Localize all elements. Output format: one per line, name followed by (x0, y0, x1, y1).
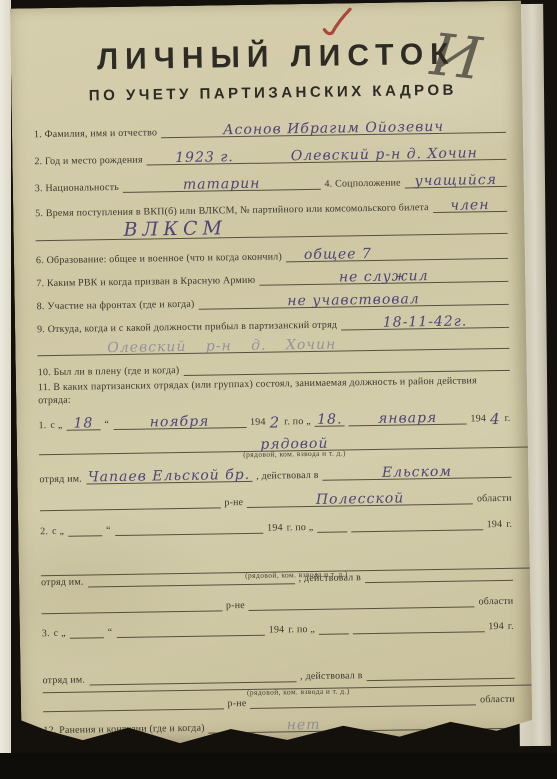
entry3-oblast-label: области (480, 694, 515, 706)
field-nationality-social: 3. Национальность татарин 4. Соцположени… (35, 170, 507, 194)
field-arrival: 9. Откуда, когда и с какой должности при… (37, 311, 509, 335)
entry1-month-from-line: ноября (113, 411, 246, 430)
entry2-month-to-line (351, 513, 483, 532)
entry1-194-from: 194 (250, 417, 266, 428)
field-rvk-label: 7. Каким РВК и когда призван в Красную А… (36, 275, 255, 289)
field-nationality-label: 3. Национальность (35, 182, 119, 194)
entry1-region: Полесской (316, 491, 405, 506)
field-party-value2: ВЛКСМ (123, 219, 227, 240)
entry3-rne-label: р-не (227, 698, 246, 709)
entry2-acted-line (365, 564, 513, 583)
field-education: 6. Образование: общее и военное (что и к… (36, 242, 508, 266)
entry2-194-to: 194 (487, 519, 503, 530)
field-birth: 2. Год и место рождения 1923 г. Олевский… (34, 143, 506, 167)
field-arrival-value2: Олевский р-н д. Хочин (107, 338, 336, 356)
entry2-s-quote: с „ (52, 526, 64, 537)
entry2-oblast-label: области (478, 596, 513, 608)
entry1-rank-row: рядовой (рядовой, ком. взвода и т. д.) (39, 430, 550, 455)
field-fronts-label: 8. Участие на фронтах (где и когда) (37, 299, 195, 312)
entry1-day-from: 18 (73, 416, 93, 430)
field-birth-year: 1923 г. (175, 150, 234, 165)
entry2-unit-line (87, 567, 294, 587)
field-captivity-line (183, 354, 510, 376)
entry3-g-po: г. по „ (288, 624, 315, 635)
entry2-region-row: р-не области (41, 590, 513, 614)
field-fronts-line: не учавствовал (198, 288, 508, 310)
entry1-acted-label: , действовал в (256, 470, 319, 482)
field-rvk-line: не служил (259, 265, 508, 286)
entry1-num: 1. (38, 420, 46, 431)
entry3-194-from: 194 (269, 624, 285, 635)
entry1-region-row: р-не Полесской области (40, 487, 512, 511)
entry3-month-from-line (116, 619, 265, 638)
entry1-unit-line: Чапаев Ельской бр. (86, 465, 252, 485)
field-wounds-value: нет (287, 718, 321, 733)
field-wounds-label: 12. Ранения и контузии (где и когда) (43, 723, 205, 737)
field-surname-line: Асонов Ибрагим Ойозевич (161, 116, 506, 138)
entry2-district-line (41, 594, 222, 614)
field-surname: 1. Фамилия, имя и отчество Асонов Ибраги… (34, 116, 506, 140)
field-education-label: 6. Образование: общее и военное (что и к… (36, 251, 282, 266)
entry1-day-to-line: 18. (315, 409, 345, 426)
entry1-month-to: января (378, 411, 437, 426)
entry1-day-to: 18. (317, 412, 342, 426)
entry1-unit-row: отряд им. Чапаев Ельской бр. , действова… (39, 461, 511, 485)
entry1-194-to: 194 (470, 413, 486, 424)
scan-bottom-shadow (0, 753, 557, 779)
entry3-acted-label: , действовал в (300, 670, 363, 682)
entry1-day-from-line: 18 (66, 413, 100, 431)
entry3-194-to: 194 (488, 621, 504, 632)
field-nationality-value: татарин (183, 177, 261, 192)
field-fronts: 8. Участие на фронтах (где и когда) не у… (37, 288, 509, 312)
field-party-line: член (433, 195, 508, 213)
entry2-rne-label: р-не (226, 600, 245, 611)
entry1-region-line: Полесской (247, 487, 473, 508)
field-wounds: 12. Ранения и контузии (где и когда) нет (43, 712, 515, 736)
entry2-g-po: г. по „ (287, 522, 314, 533)
entry1-month-to-line: января (349, 408, 467, 427)
field-detachments-label2: отряда: (38, 395, 71, 407)
field-captivity-label: 10. Был ли в плену (где и когда) (38, 365, 180, 378)
entry1-rne-label: р-не (224, 497, 243, 508)
entry3-acted-line (366, 662, 514, 681)
entry3-s-quote: с „ (54, 628, 66, 639)
entry1-district-line (40, 491, 221, 511)
field-party-value1: член (450, 198, 489, 213)
entry3-day-to-line (319, 617, 349, 634)
field-social-line: учащийся (405, 170, 507, 189)
entry1-quote-close: “ (104, 419, 109, 430)
field-arrival-line2: Олевский р-н д. Хочин (37, 332, 509, 356)
entry1-month-from: ноября (150, 415, 210, 430)
field-arrival-line: 18-11-42г. (341, 311, 509, 331)
entry1-s-quote: с „ (50, 420, 62, 431)
entry3-district-line (43, 692, 224, 712)
entry3-g: г. (508, 621, 514, 632)
entry3-dates: 3. с „ “ 194 г. по „ 194 г. (42, 615, 514, 639)
entry2-acted-label: , действовал в (299, 572, 362, 584)
scanner-left-strip (0, 0, 11, 779)
entry1-otryad-label: отряд им. (39, 474, 82, 486)
entry1-yy-to: 4 (490, 412, 501, 427)
entry1-dates: 1. с „ 18 “ ноября 194 2 г. по „ 18. янв… (38, 407, 510, 431)
field-arrival-value1: 18-11-42г. (383, 314, 468, 329)
field-wounds-line: нет (209, 712, 516, 734)
entry2-otryad-label: отряд им. (41, 577, 84, 589)
entry2-194-from: 194 (267, 522, 283, 533)
field-arrival-line2-rule: Олевский р-н д. Хочин (37, 332, 509, 356)
field-surname-label: 1. Фамилия, имя и отчество (34, 127, 157, 140)
entry3-region-line (250, 688, 476, 709)
field-rvk: 7. Каким РВК и когда призван в Красную А… (36, 265, 508, 289)
field-party-line2-rule: ВЛКСМ (35, 217, 507, 241)
entry3-month-to-line (353, 615, 485, 634)
entry2-month-from-line (115, 517, 264, 536)
field-birth-line: 1923 г. Олевский р-н д. Хочин (147, 143, 507, 166)
field-education-value: общее 7 (304, 247, 372, 262)
entry2-day-to-line (317, 515, 347, 532)
entry3-otryad-label: отряд им. (42, 675, 85, 687)
field-party-line2: ВЛКСМ (35, 217, 507, 241)
entry2-day-from-line (68, 519, 102, 537)
entry2-num: 2. (40, 526, 48, 537)
field-education-line: общее 7 (286, 242, 508, 262)
field-social-value: учащийся (414, 173, 497, 188)
form-page: И ЛИЧНЫЙ ЛИСТОК ПО УЧЕТУ ПАРТИЗАНСКИХ КА… (10, 1, 533, 749)
field-rvk-value: не служил (339, 269, 429, 284)
entry1-yy-from: 2 (270, 415, 281, 430)
entry2-g: г. (506, 519, 512, 530)
entry1-acted-line: Ельском (322, 461, 511, 481)
entry3-quote-close: “ (108, 627, 113, 638)
scan-background: И ЛИЧНЫЙ ЛИСТОК ПО УЧЕТУ ПАРТИЗАНСКИХ КА… (0, 0, 557, 779)
field-party-label: 5. Время поступления в ВКП(б) или ВЛКСМ,… (35, 202, 429, 219)
entry2-region-line (249, 590, 475, 611)
entry1-g-po: г. по „ (284, 416, 311, 427)
entry3-unit-line (89, 665, 296, 685)
entry2-dates: 2. с „ “ 194 г. по „ 194 г. (40, 513, 512, 537)
field-nationality-line: татарин (123, 173, 321, 193)
field-birth-label: 2. Год и место рождения (34, 155, 143, 168)
field-surname-value: Асонов Ибрагим Ойозевич (223, 120, 444, 137)
entry1-oblast-label: области (477, 493, 512, 505)
entry3-num: 3. (42, 628, 50, 639)
field-social-label: 4. Соцположение (324, 178, 401, 190)
field-captivity: 10. Был ли в плену (где и когда) (38, 354, 510, 378)
entry1-g: г. (505, 413, 511, 424)
entry3-day-from-line (70, 621, 104, 639)
entry1-acted-place: Ельском (382, 465, 452, 480)
entry2-quote-close: “ (106, 525, 111, 536)
entry1-unit: Чапаев Ельской бр. (88, 468, 250, 485)
field-birth-place: Олевский р-н д. Хочин (291, 146, 478, 163)
field-arrival-label: 9. Откуда, когда и с какой должности при… (37, 320, 337, 336)
form-subtitle: ПО УЧЕТУ ПАРТИЗАНСКИХ КАДРОВ (11, 80, 528, 105)
field-fronts-value: не учавствовал (287, 292, 420, 308)
field-party: 5. Время поступления в ВКП(б) или ВЛКСМ,… (35, 195, 507, 219)
